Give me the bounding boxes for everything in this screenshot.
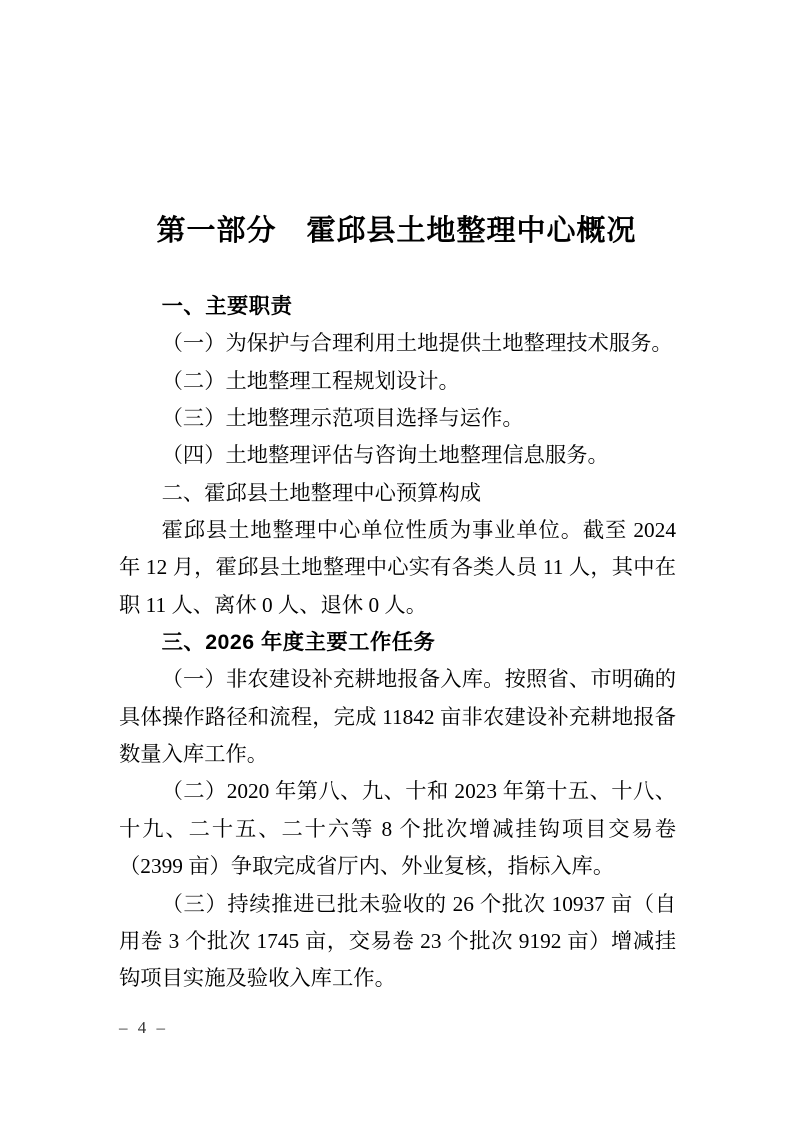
paragraph: （一）非农建设补充耕地报备入库。按照省、市明确的具体操作路径和流程，完成 118…	[119, 661, 676, 773]
document-title: 第一部分 霍邱县土地整理中心概况	[0, 212, 793, 250]
document-page: 第一部分 霍邱县土地整理中心概况 一、主要职责（一）为保护与合理利用土地提供土地…	[0, 0, 793, 1122]
paragraph: （一）为保护与合理利用土地提供土地整理技术服务。	[119, 325, 676, 362]
section-heading: 一、主要职责	[119, 288, 676, 325]
paragraph: （四）土地整理评估与咨询土地整理信息服务。	[119, 437, 676, 474]
paragraph: （三）土地整理示范项目选择与运作。	[119, 400, 676, 437]
paragraph: 霍邱县土地整理中心单位性质为事业单位。截至 2024 年 12 月，霍邱县土地整…	[119, 512, 676, 624]
section-heading: 三、2026 年度主要工作任务	[119, 624, 676, 661]
section-heading: 二、霍邱县土地整理中心预算构成	[119, 475, 676, 512]
paragraph: （三）持续推进已批未验收的 26 个批次 10937 亩（自用卷 3 个批次 1…	[119, 886, 676, 998]
paragraph: （二）土地整理工程规划设计。	[119, 363, 676, 400]
page-number: – 4 –	[119, 1015, 168, 1041]
paragraph: （二）2020 年第八、九、十和 2023 年第十五、十八、十九、二十五、二十六…	[119, 773, 676, 885]
document-content: 一、主要职责（一）为保护与合理利用土地提供土地整理技术服务。（二）土地整理工程规…	[119, 288, 676, 998]
